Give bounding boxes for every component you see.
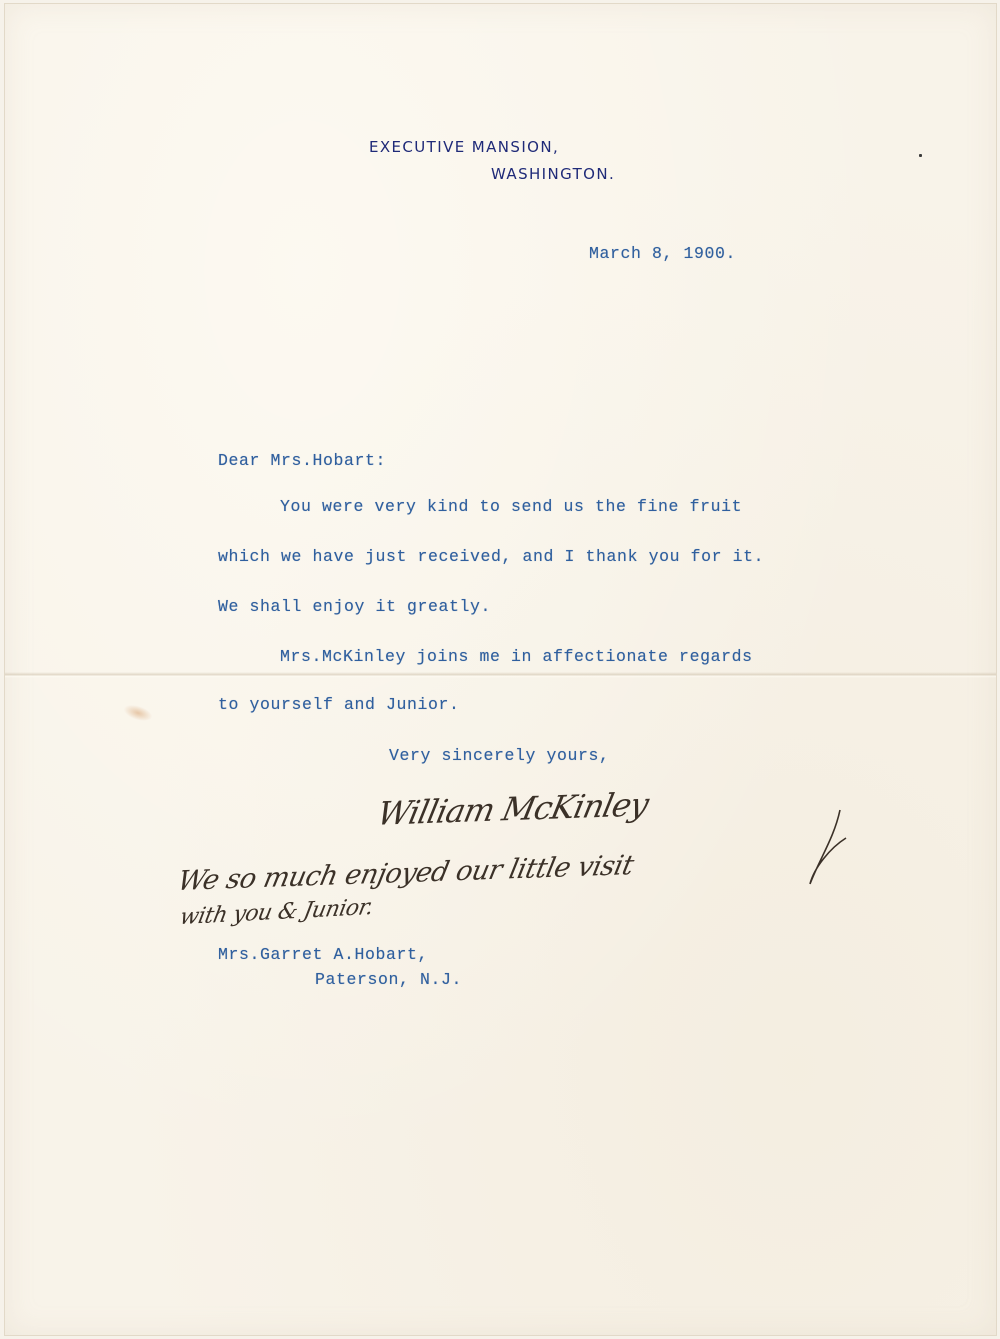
paper-stain: [122, 702, 155, 725]
letter-closing: Very sincerely yours,: [389, 746, 610, 765]
letterhead-line-1: EXECUTIVE MANSION,: [369, 138, 559, 156]
body-paragraph-1-line-2: which we have just received, and I thank…: [218, 547, 764, 566]
body-paragraph-1-line-1: You were very kind to send us the fine f…: [280, 497, 742, 516]
paper-speck: [919, 154, 922, 157]
letter-salutation: Dear Mrs.Hobart:: [218, 451, 386, 470]
signature-flourish-stroke: [790, 808, 850, 888]
recipient-name: Mrs.Garret A.Hobart,: [218, 945, 428, 964]
recipient-location: Paterson, N.J.: [315, 970, 462, 989]
body-paragraph-2-line-1: Mrs.McKinley joins me in affectionate re…: [280, 647, 753, 666]
letter-date: March 8, 1900.: [589, 244, 736, 263]
body-paragraph-1-line-3: We shall enjoy it greatly.: [218, 597, 491, 616]
body-paragraph-2-line-2: to yourself and Junior.: [218, 695, 460, 714]
letter-paper: [4, 3, 997, 1336]
paper-fold-crease: [5, 672, 996, 678]
letterhead-line-2: WASHINGTON.: [491, 165, 615, 183]
